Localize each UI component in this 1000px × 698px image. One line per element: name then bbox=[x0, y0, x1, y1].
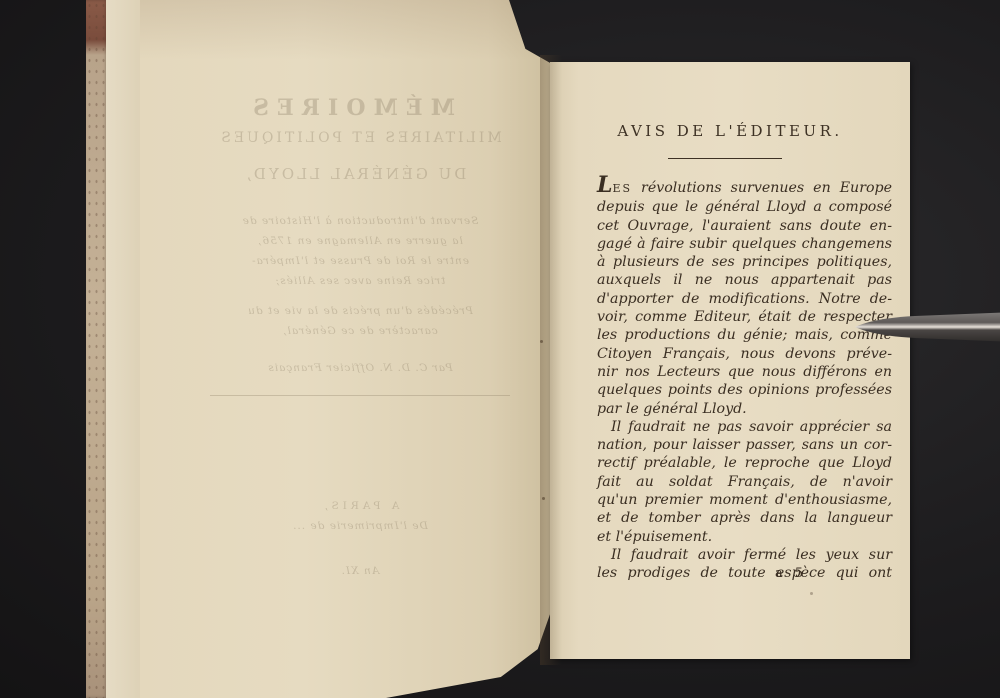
text-line: rectif préalable, le reproche que Lloyd bbox=[597, 454, 892, 472]
text-line: Il faudrait avoir fermé les yeux sur bbox=[597, 546, 892, 564]
bleed-author-line: Par C. D. N. Officier Français bbox=[190, 362, 530, 374]
text-line: par le général Lloyd. bbox=[597, 400, 892, 418]
book-cover-edge bbox=[86, 0, 108, 698]
bleed-para-line: Servant d'introduction à l'Histoire de bbox=[190, 215, 530, 227]
bleed-para-line: la guerre en Allemagne en 1756, bbox=[190, 235, 530, 247]
heading-rule bbox=[668, 158, 782, 159]
body-text: LES révolutions survenues en Europe depu… bbox=[597, 176, 892, 583]
bleed-para-line: Précédés d'un précis de la vie et du bbox=[190, 305, 530, 317]
text-line: et l'épuisement. bbox=[597, 528, 892, 546]
left-page: MÉMOIRES MILITAIRES ET POLITIQUES DU GÉN… bbox=[140, 0, 550, 698]
right-page: AVIS DE L'ÉDITEUR. LES révolutions surve… bbox=[550, 62, 910, 659]
bleed-para-line: trice Reine avec ses Alliés; bbox=[190, 275, 530, 287]
text-line: d'apporter de modifications. Notre de- bbox=[597, 290, 892, 308]
text-line: voir, comme Editeur, était de respecter bbox=[597, 308, 892, 326]
text-line: qu'un premier moment d'enthousiasme, bbox=[597, 491, 892, 509]
text-line: nation, pour laisser passer, sans un cor… bbox=[597, 436, 892, 454]
text-line: quelques points des opinions professées bbox=[597, 381, 892, 399]
text-line: fait au soldat Français, de n'avoir bbox=[597, 473, 892, 491]
small-caps: ES bbox=[612, 182, 632, 195]
line-text: révolutions survenues en Europe bbox=[632, 180, 892, 196]
bleed-footer-line: An XI. bbox=[190, 565, 530, 577]
signature-mark: a 5 bbox=[775, 566, 807, 581]
bleed-title: MÉMOIRES bbox=[210, 95, 490, 121]
text-line: gagé à faire subir quelques changemens bbox=[597, 235, 892, 253]
bleed-rule bbox=[210, 395, 510, 396]
text-line: Il faudrait ne pas savoir apprécier sa bbox=[597, 418, 892, 436]
paper-speck bbox=[810, 592, 813, 595]
letter-opener-icon bbox=[855, 312, 1000, 346]
bleed-subtitle-1: MILITAIRES ET POLITIQUES bbox=[200, 130, 520, 146]
text-line: à plusieurs de ses principes politiques, bbox=[597, 253, 892, 271]
text-line: les productions du génie; mais, comme bbox=[597, 326, 892, 344]
book-gutter-shadow bbox=[540, 55, 562, 665]
bleed-para-line: caractère de ce Général, bbox=[190, 325, 530, 337]
bleed-para-line: entre le Roi de Prusse et l'Impéra- bbox=[190, 255, 530, 267]
text-line: Citoyen Français, nous devons préve- bbox=[597, 345, 892, 363]
flyleaf bbox=[106, 0, 143, 698]
text-line: cet Ouvrage, l'auraient sans doute en- bbox=[597, 217, 892, 235]
page-heading: AVIS DE L'ÉDITEUR. bbox=[550, 122, 910, 140]
bleed-footer-line: A PARIS, bbox=[190, 500, 530, 512]
drop-cap: L bbox=[597, 172, 612, 198]
bleed-subtitle-2: DU GÉNÉRAL LLOYD, bbox=[200, 165, 510, 183]
text-line: auxquels il ne nous appartenait pas bbox=[597, 271, 892, 289]
text-line: LES révolutions survenues en Europe bbox=[597, 176, 892, 198]
bleed-footer-line: De l'Imprimerie de ... bbox=[190, 520, 530, 532]
text-line: les prodiges de toute espèce qui ont bbox=[597, 564, 892, 582]
text-line: nir nos Lecteurs que nous différons en bbox=[597, 363, 892, 381]
text-line: et de tomber après dans la langueur bbox=[597, 509, 892, 527]
bleed-through-text: MÉMOIRES MILITAIRES ET POLITIQUES DU GÉN… bbox=[140, 0, 550, 698]
text-line: depuis que le général Lloyd a composé bbox=[597, 198, 892, 216]
